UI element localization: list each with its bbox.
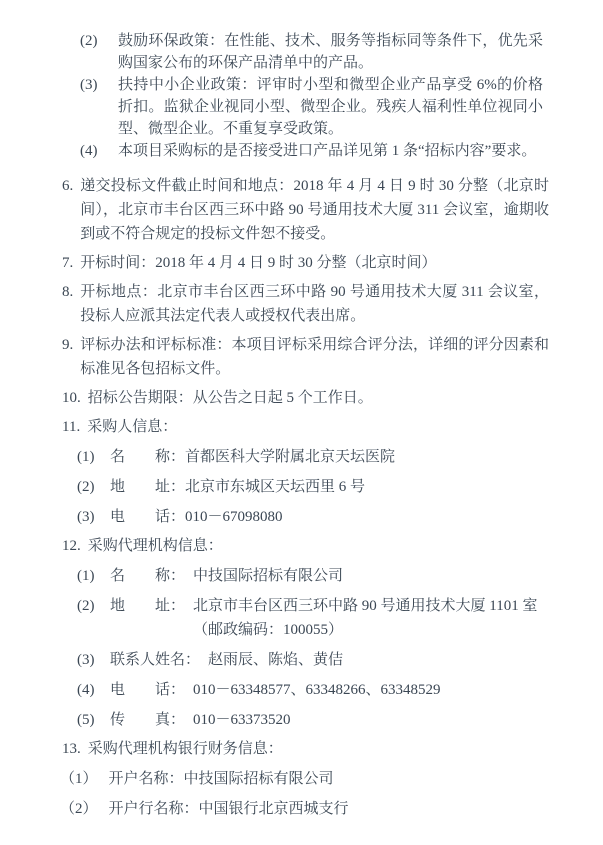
agency-contacts-label: 联系人姓名：	[110, 648, 200, 672]
purchaser-name-row: (1) 名 称： 首都医科大学附属北京天坛医院	[0, 445, 603, 469]
agency-phone-row-marker: (4)	[77, 678, 110, 702]
item-10-marker: 10.	[62, 386, 81, 410]
item-11-marker: 11.	[62, 415, 80, 439]
agency-phone-value: 010－63348577、63348266、63348529	[193, 678, 563, 702]
policy-item-4-marker: (4)	[80, 140, 118, 162]
purchaser-address-row-marker: (2)	[77, 475, 110, 499]
purchaser-address-label: 地 址：	[110, 475, 185, 499]
policy-item-2-text: 鼓励环保政策：在性能、技术、服务等指标同等条件下，优先采购国家公布的环保产品清单…	[118, 30, 543, 74]
purchaser-name-label: 名 称：	[110, 445, 185, 469]
bank-branch-name-text: 开户行名称：中国银行北京西城支行	[109, 797, 349, 821]
agency-phone-row: (4) 电 话： 010－63348577、63348266、63348529	[0, 678, 603, 702]
agency-fax-row: (5) 传 真： 010－63373520	[0, 708, 603, 732]
item-9-evaluation-method: 9. 评标办法和评标标准：本项目评标采用综合评分法，详细的评分因素和标准见各包招…	[0, 333, 603, 381]
policy-item-2: (2) 鼓励环保政策：在性能、技术、服务等指标同等条件下，优先采购国家公布的环保…	[0, 30, 603, 74]
policy-item-3: (3) 扶持中小企业政策：评审时小型和微型企业产品享受 6%的价格折扣。监狱企业…	[0, 74, 603, 140]
bank-branch-name-row-marker: （2）	[60, 797, 98, 821]
agency-fax-row-marker: (5)	[77, 708, 110, 732]
item-7-text: 开标时间：2018 年 4 月 4 日 9 时 30 分整（北京时间）	[80, 251, 549, 275]
bank-account-name-text: 开户名称：中技国际招标有限公司	[109, 767, 334, 791]
item-13-agency-bank-info-heading: 13. 采购代理机构银行财务信息：	[0, 737, 603, 761]
agency-contacts-value: 赵雨辰、陈焰、黄佶	[208, 648, 563, 672]
agency-fax-label: 传 真：	[110, 708, 185, 732]
item-12-agency-info-heading: 12. 采购代理机构信息：	[0, 534, 603, 558]
purchaser-phone-label: 电 话：	[110, 505, 185, 529]
policy-item-4: (4) 本项目采购标的是否接受进口产品详见第 1 条“招标内容”要求。	[0, 140, 603, 162]
item-12-text: 采购代理机构信息：	[88, 534, 549, 558]
item-13-marker: 13.	[62, 737, 81, 761]
agency-contacts-row: (3) 联系人姓名： 赵雨辰、陈焰、黄佶	[0, 648, 603, 672]
agency-fax-value: 010－63373520	[193, 708, 563, 732]
agency-name-value: 中技国际招标有限公司	[193, 564, 563, 588]
policy-item-4-text: 本项目采购标的是否接受进口产品详见第 1 条“招标内容”要求。	[118, 140, 543, 162]
policy-item-2-marker: (2)	[80, 30, 118, 74]
item-12-marker: 12.	[62, 534, 81, 558]
item-11-text: 采购人信息：	[87, 415, 549, 439]
item-10-announcement-period: 10. 招标公告期限：从公告之日起 5 个工作日。	[0, 386, 603, 410]
item-8-text: 开标地点：北京市丰台区西三环中路 90 号通用技术大厦 311 会议室，投标人应…	[80, 280, 549, 328]
purchaser-phone-row: (3) 电 话： 010－67098080	[0, 505, 603, 529]
agency-contacts-row-marker: (3)	[77, 648, 110, 672]
agency-address-row: (2) 地 址： 北京市丰台区西三环中路 90 号通用技术大厦 1101 室 （…	[0, 594, 603, 642]
bank-account-name-row-marker: （1）	[60, 767, 98, 791]
agency-address-row-marker: (2)	[77, 594, 110, 642]
agency-phone-label: 电 话：	[110, 678, 185, 702]
agency-postal-code: （邮政编码：100055）	[193, 622, 343, 638]
purchaser-address-row: (2) 地 址： 北京市东城区天坛西里 6 号	[0, 475, 603, 499]
purchaser-phone-value: 010－67098080	[185, 505, 563, 529]
item-6-bid-submission-deadline: 6. 递交投标文件截止时间和地点：2018 年 4 月 4 日 9 时 30 分…	[0, 174, 603, 246]
item-7-bid-opening-time: 7. 开标时间：2018 年 4 月 4 日 9 时 30 分整（北京时间）	[0, 251, 603, 275]
item-9-marker: 9.	[62, 333, 73, 381]
item-10-text: 招标公告期限：从公告之日起 5 个工作日。	[88, 386, 549, 410]
bank-account-name-row: （1） 开户名称：中技国际招标有限公司	[0, 767, 603, 791]
agency-address-label: 地 址：	[110, 594, 185, 642]
purchaser-name-value: 首都医科大学附属北京天坛医院	[185, 445, 563, 469]
purchaser-phone-row-marker: (3)	[77, 505, 110, 529]
item-6-marker: 6.	[62, 174, 73, 246]
agency-address-value: 北京市丰台区西三环中路 90 号通用技术大厦 1101 室	[193, 598, 537, 614]
purchaser-name-row-marker: (1)	[77, 445, 110, 469]
item-8-bid-opening-place: 8. 开标地点：北京市丰台区西三环中路 90 号通用技术大厦 311 会议室，投…	[0, 280, 603, 328]
policy-item-3-text: 扶持中小企业政策：评审时小型和微型企业产品享受 6%的价格折扣。监狱企业视同小型…	[118, 74, 543, 140]
bank-branch-name-row: （2） 开户行名称：中国银行北京西城支行	[0, 797, 603, 821]
document-page: (2) 鼓励环保政策：在性能、技术、服务等指标同等条件下，优先采购国家公布的环保…	[0, 0, 603, 845]
item-8-marker: 8.	[62, 280, 73, 328]
item-9-text: 评标办法和评标标准：本项目评标采用综合评分法，详细的评分因素和标准见各包招标文件…	[80, 333, 549, 381]
item-13-text: 采购代理机构银行财务信息：	[88, 737, 549, 761]
agency-name-row-marker: (1)	[77, 564, 110, 588]
item-11-purchaser-info-heading: 11. 采购人信息：	[0, 415, 603, 439]
item-7-marker: 7.	[62, 251, 73, 275]
policy-item-3-marker: (3)	[80, 74, 118, 140]
agency-name-row: (1) 名 称： 中技国际招标有限公司	[0, 564, 603, 588]
purchaser-address-value: 北京市东城区天坛西里 6 号	[185, 475, 563, 499]
agency-address-value-block: 北京市丰台区西三环中路 90 号通用技术大厦 1101 室 （邮政编码：1000…	[193, 594, 563, 642]
agency-name-label: 名 称：	[110, 564, 185, 588]
item-6-text: 递交投标文件截止时间和地点：2018 年 4 月 4 日 9 时 30 分整（北…	[80, 174, 549, 246]
